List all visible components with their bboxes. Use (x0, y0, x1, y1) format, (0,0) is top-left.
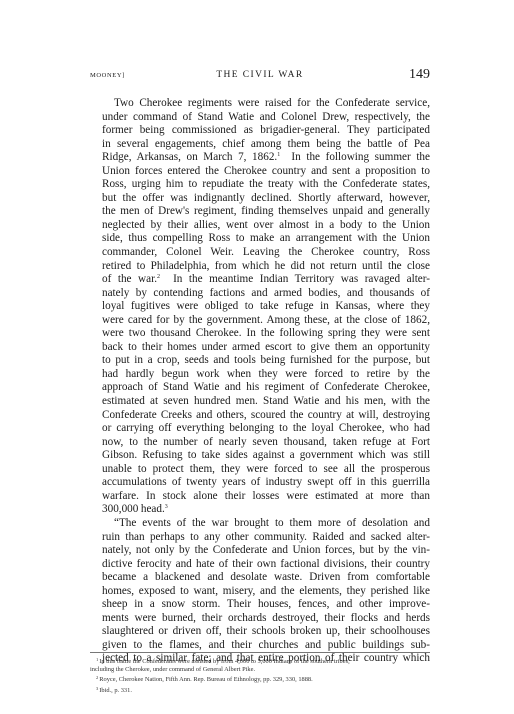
text-line: or carrying off everything belonging to … (90, 422, 430, 436)
text-line: accumulations of twenty years of industr… (90, 476, 430, 490)
text-line: were two thousand Cherokee. In the follo… (90, 327, 430, 341)
text-fragment: Ridge, Arkansas, on March 7, 1862. (102, 151, 277, 163)
footnote-mark: 2 (96, 675, 98, 680)
body-text: Two Cherokee regiments were raised for t… (90, 97, 430, 666)
text-line: were cared for by the government. Among … (90, 314, 430, 328)
text-line: Ross, urging him to repudiate the treaty… (90, 178, 430, 192)
footnote-mark: 3 (96, 686, 98, 691)
text-line: nately, not only by the Confederate and … (90, 544, 430, 558)
footnote-ref-2[interactable]: 2 (157, 274, 160, 280)
text-line: Ridge, Arkansas, on March 7, 1862.1 In t… (90, 151, 430, 165)
text-line: ruin than perhaps to any other community… (90, 531, 430, 545)
page-number: 149 (409, 67, 430, 83)
text-line: Gibson. Refusing to take sides against a… (90, 449, 430, 463)
footnote-text: Royce, Cherokee Nation, Fifth Ann. Rep. … (99, 676, 312, 683)
text-line: 300,000 head.3 (90, 503, 430, 517)
text-fragment: In the meantime Indian Territory was rav… (173, 273, 430, 285)
book-page: MOONEY] THE CIVIL WAR 149 Two Cherokee r… (90, 68, 430, 666)
text-line: warfare. In stock alone their losses wer… (90, 490, 430, 504)
text-line: unable to protect them, they were forced… (90, 463, 430, 477)
running-head-title: THE CIVIL WAR (90, 70, 430, 80)
text-fragment: In the following summer the (291, 151, 430, 163)
text-line: became a blackened and desolate waste. D… (90, 571, 430, 585)
text-line: Union forces entered the Cherokee countr… (90, 165, 430, 179)
text-line: commander, Colonel Weir. Leaving the Che… (90, 246, 430, 260)
text-line: neglected by their allies, went over alm… (90, 219, 430, 233)
footnote-ref-3[interactable]: 3 (165, 504, 168, 510)
text-line: had hardly begun work when they were for… (90, 368, 430, 382)
text-fragment: of the war. (102, 273, 157, 285)
footnote-text: Ibid., p. 331. (99, 687, 132, 694)
text-line: sheep in a snow storm. Their houses, fen… (90, 598, 430, 612)
text-line: ments were burned, their orchards destro… (90, 612, 430, 626)
footnote-ref-1[interactable]: 1 (277, 152, 280, 158)
text-line: slaughtered or driven off, their schools… (90, 625, 430, 639)
paragraph-2: “The events of the war brought to them m… (90, 517, 430, 666)
footnote-1: 1In this battle the Confederates were as… (90, 656, 430, 666)
text-line: homes, exposed to want, misery, and the … (90, 585, 430, 599)
text-line: estimated at seven hundred men. Stand Wa… (90, 395, 430, 409)
text-line: of the war.2 In the meantime Indian Terr… (90, 273, 430, 287)
text-fragment: 300,000 head. (102, 503, 165, 515)
footnote-3: 3Ibid., p. 331. (90, 685, 430, 695)
text-line: former being commissioned as brigadier-g… (90, 124, 430, 138)
text-line: the men of Drew's regiment, finding them… (90, 205, 430, 219)
text-line: now, to the number of nearly seven thous… (90, 436, 430, 450)
footnote-text: In this battle the Confederates were ass… (99, 658, 349, 665)
text-line: “The events of the war brought to them m… (90, 517, 430, 531)
text-line: nately by contending factions and armed … (90, 287, 430, 301)
text-line: under command of Stand Watie and Colonel… (90, 111, 430, 125)
text-line: in several engagements, chief among them… (90, 138, 430, 152)
text-line: side, thus compelling Ross to make an ar… (90, 232, 430, 246)
text-line: to put in a crop, seeds and tools being … (90, 354, 430, 368)
text-line: but the offer was indignantly declined. … (90, 192, 430, 206)
footnote-1-continued: including the Cherokee, under command of… (90, 666, 430, 674)
text-line: dictive ferocity and hate of their own f… (90, 558, 430, 572)
text-line: Two Cherokee regiments were raised for t… (90, 97, 430, 111)
footnote-mark: 1 (96, 657, 98, 662)
paragraph-1: Two Cherokee regiments were raised for t… (90, 97, 430, 517)
text-line: approach of Stand Watie and his regiment… (90, 381, 430, 395)
text-line: retired to Philadelphia, from which he d… (90, 260, 430, 274)
text-line: given to the flames, and their churches … (90, 639, 430, 653)
footnote-2: 2Royce, Cherokee Nation, Fifth Ann. Rep.… (90, 674, 430, 684)
text-line: Confederate Creeks and others, scoured t… (90, 409, 430, 423)
text-line: loyal fugitives were obliged to take ref… (90, 300, 430, 314)
running-head: MOONEY] THE CIVIL WAR 149 (90, 68, 430, 84)
text-line: back to their homes under armed escort t… (90, 341, 430, 355)
footnotes: 1In this battle the Confederates were as… (90, 652, 430, 695)
